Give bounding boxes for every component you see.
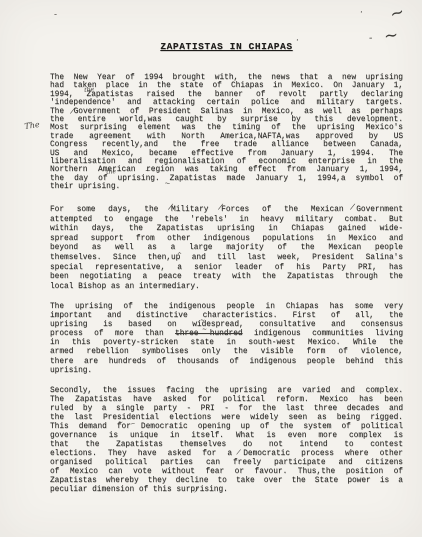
text-line: organised political parties can freely p…	[50, 459, 403, 468]
text-line: Secondly, the issues facing the uprising…	[50, 387, 403, 396]
text-line: uprising.	[50, 367, 403, 376]
text-line: local Bishop as an intermediary.	[50, 283, 403, 293]
pen-dot: ·	[296, 37, 299, 46]
scanned-document-page: ZAPATISTAS IN CHIAPAS The New Year of 19…	[0, 0, 422, 537]
pen-scribble: ~	[388, 4, 407, 25]
text-line: spread support from other indigenous pop…	[50, 235, 403, 245]
document-title: ZAPATISTAS IN CHIAPAS	[50, 41, 403, 52]
text-line: Most surprising element was the timing o…	[50, 124, 403, 132]
text-line: governance is unique in itself. What is …	[50, 432, 403, 441]
pen-squiggle-zapatistas: ~	[164, 180, 171, 188]
insertion-note-the: the	[84, 87, 94, 94]
text-line: armed rebellion symbolises only the visi…	[50, 348, 403, 357]
pen-squiggle-democratic: ~	[130, 421, 136, 428]
pen-dot: ·	[360, 9, 363, 18]
text-line: had taken place in the state of Chiapas …	[50, 82, 403, 90]
text-line: the last Presidential elections were wid…	[50, 414, 403, 423]
strikethrough-text: three hundred	[175, 330, 243, 338]
text-line: liberalisation and regionalisation of ec…	[50, 158, 403, 166]
text-line: of Mexico can vote without fear or favou…	[50, 468, 403, 477]
text-line: Congress recently,and the free trade all…	[50, 141, 403, 149]
text-line: The Zapatistas have asked for political …	[50, 396, 403, 405]
text-line: The New Year of 1994 brought with, the n…	[50, 74, 403, 82]
text-line: there are hundreds of thousands of indig…	[50, 358, 403, 367]
pen-caret-up: ^	[177, 253, 182, 259]
paragraph: The uprising of the indigenous people in…	[50, 303, 403, 376]
pen-scribble: ~	[383, 27, 399, 46]
margin-note-the: The	[24, 121, 40, 131]
text-line: US and Mexico, became effective from Jan…	[50, 150, 403, 158]
text-line: the day of uprising. Zapatistas made Jan…	[50, 175, 403, 183]
text-line: elections. They have asked for a Democra…	[50, 450, 403, 459]
text-line: in this poverty-stricken state in south-…	[50, 339, 403, 348]
text-line: 'independence' and attacking certain pol…	[50, 99, 403, 107]
text-line: Zapatistas whereby they decline to take …	[50, 477, 403, 486]
text-line: trade agreement with North America,NAFTA…	[50, 133, 403, 141]
paragraph: The New Year of 1994 brought with, the n…	[50, 74, 403, 192]
text-line: been negotiating a peace treaty with the…	[50, 273, 403, 283]
insertion-note-the: the	[106, 169, 116, 176]
pen-dash: -	[54, 11, 57, 20]
pen-squiggle-presidential: ~	[118, 420, 123, 426]
text-line: peculiar dimension of this surprising.	[50, 486, 403, 495]
text-line: within days, the Zapatistas uprising in …	[50, 225, 403, 235]
pen-dash: -	[369, 34, 372, 44]
pen-squiggle-hundred: ~	[202, 327, 207, 333]
paragraph: Secondly, the issues facing the uprising…	[50, 387, 403, 495]
text-line: that the Zapatistas themselves do not in…	[50, 441, 403, 450]
text-line: attempted to engage the 'rebels' in heav…	[50, 216, 403, 226]
text-line: beyond as well as a large majority of th…	[50, 244, 403, 254]
text-line: 1994, Zapatistas raised the banner of re…	[50, 91, 403, 99]
text-line: uprising is based on widespread, consult…	[50, 321, 403, 330]
text-line: themselves. Since then,up and till last …	[50, 254, 403, 264]
text-line: This demand for Democratic opening up of…	[50, 423, 403, 432]
text-line: Northern American region was taking effe…	[50, 166, 403, 174]
paragraph: For some days, the Military Forces of th…	[50, 206, 403, 292]
pen-squiggle-widespread: ~	[200, 318, 205, 324]
text-line: the entire world,was caught by surprise …	[50, 116, 403, 124]
pen-squiggle-region: ~	[145, 168, 151, 175]
text-line: their uprising.	[50, 183, 403, 191]
text-line: The uprising of the indigenous people in…	[50, 303, 403, 312]
text-line: The Government of President Salinas in M…	[50, 108, 403, 116]
text-line: process of more than three hundred indig…	[50, 330, 403, 339]
text-line: ruled by a single party - PRI - for the …	[50, 405, 403, 414]
text-line: special representative, a senior leader …	[50, 264, 403, 274]
text-line: important and distinctive characteristic…	[50, 312, 403, 321]
